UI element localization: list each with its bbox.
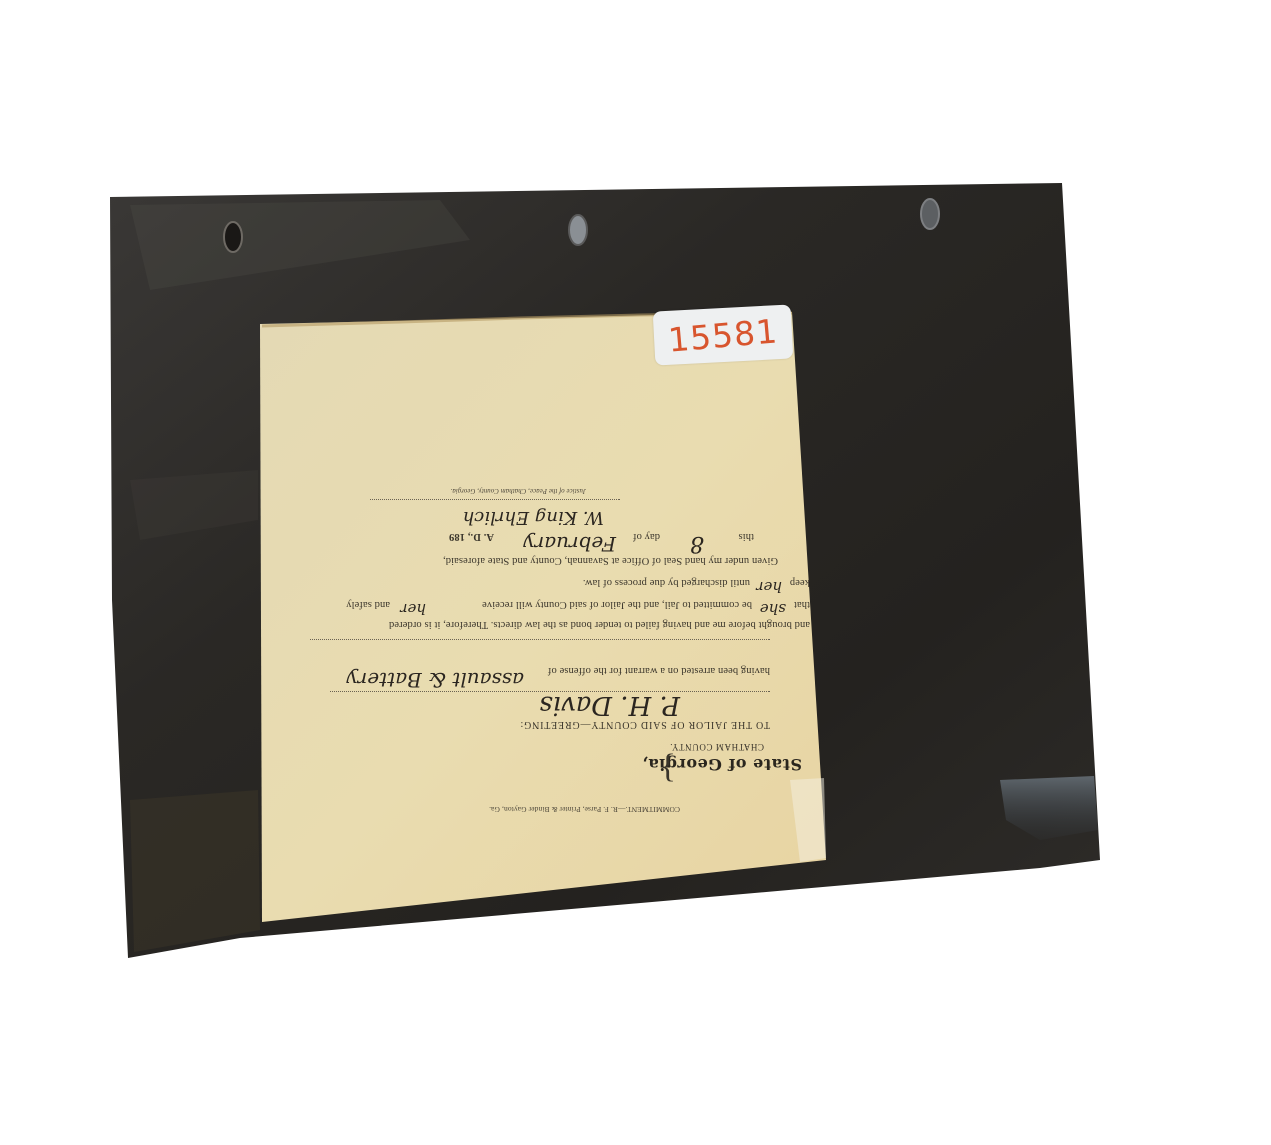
- handwritten-offense: assault & Battery: [346, 668, 524, 692]
- handwritten-day: 8: [690, 531, 704, 556]
- inventory-sticker: 15581: [653, 304, 794, 365]
- punch-hole-right: [921, 199, 939, 229]
- safely-text: and safely: [346, 599, 390, 610]
- signature-caption: Justice of the Peace, Chatham County, Ge…: [450, 487, 586, 494]
- county-name: CHATHAM COUNTY.: [670, 742, 764, 752]
- handwritten-pronoun-2: her: [400, 600, 426, 618]
- handwritten-signature: W. King Ehrlich: [463, 507, 604, 528]
- offense-dotted-line: [310, 639, 770, 640]
- discharged-line: until discharged by due process of law.: [583, 577, 750, 588]
- commitment-document: COMMITMENT.—R. F. Parse, Printer & Binde…: [258, 312, 830, 912]
- handwritten-month: February: [523, 532, 616, 556]
- punch-hole-left: [224, 222, 242, 252]
- signature-dotted-line: [370, 499, 620, 500]
- document-rotated: COMMITMENT.—R. F. Parse, Printer & Binde…: [258, 312, 830, 912]
- committed-prefix: that: [794, 599, 810, 610]
- committed-line: be committed to Jail, and the Jailor of …: [482, 599, 752, 610]
- greeting-line: TO THE JAILOR OF SAID COUNTY—GREETING:: [520, 719, 770, 730]
- day-of-text: day of: [633, 531, 660, 542]
- keep-text: keep: [790, 577, 810, 588]
- handwritten-pronoun-3: her: [756, 578, 782, 596]
- inventory-number: 15581: [667, 311, 780, 359]
- handwritten-name: P. H. Davis: [539, 690, 680, 720]
- printer-imprint: COMMITMENT.—R. F. Parse, Printer & Binde…: [489, 805, 680, 814]
- given-line: Given under my hand Seal of Office at Sa…: [443, 555, 778, 566]
- this-text: this: [738, 531, 754, 542]
- brought-line: and brought before me and having failed …: [389, 619, 810, 630]
- handwritten-pronoun-1: she: [760, 600, 786, 618]
- punch-hole-middle: [569, 215, 587, 245]
- arrest-line: having been arrested on a warrant for th…: [548, 665, 770, 676]
- ad-year-text: A. D., 189: [449, 531, 494, 542]
- brace: }: [660, 751, 676, 785]
